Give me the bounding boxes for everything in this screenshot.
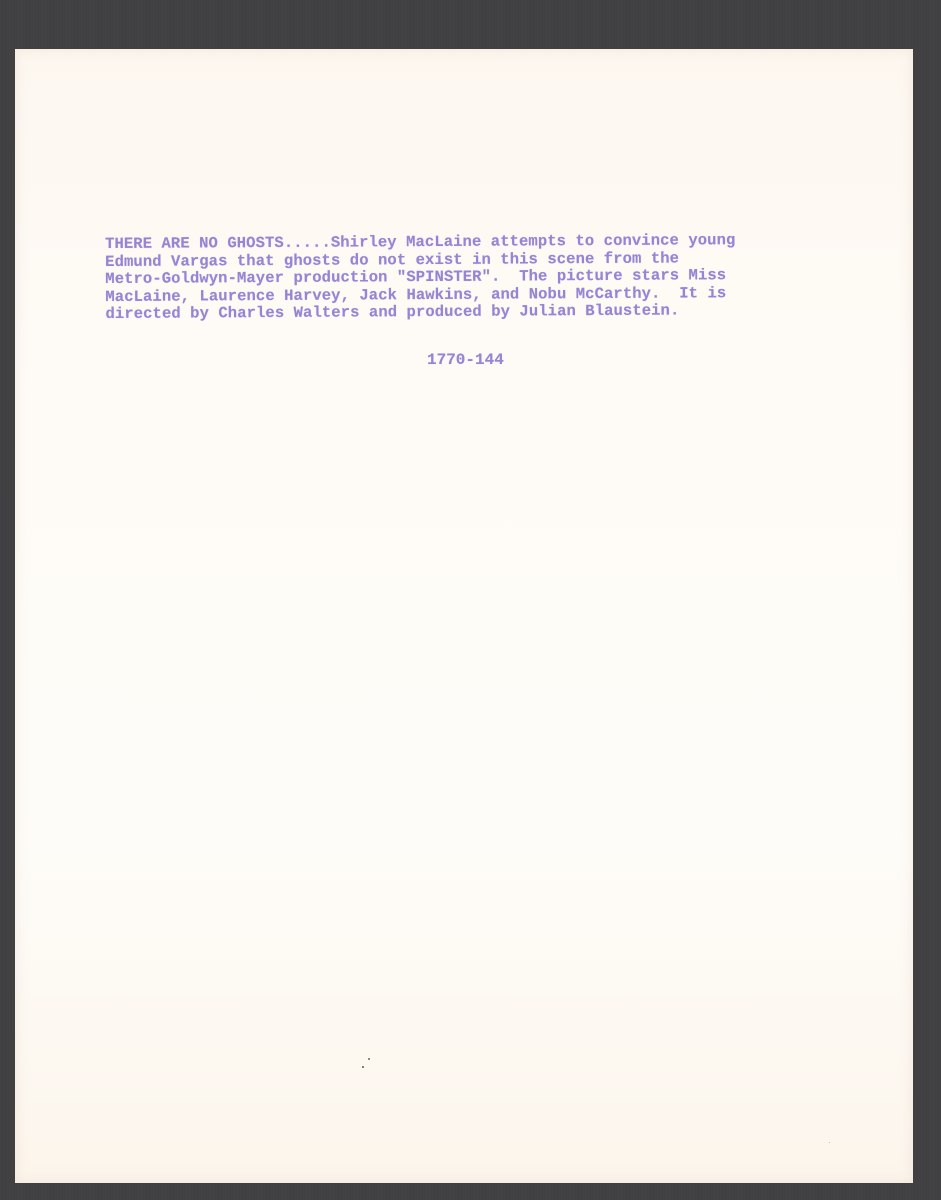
reference-number: 1770-144	[427, 351, 504, 369]
typewritten-caption: THERE ARE NO GHOSTS.....Shirley MacLaine…	[105, 231, 856, 324]
paper-speck	[829, 1142, 830, 1143]
paper-sheet	[15, 49, 913, 1183]
paper-speck	[368, 1058, 370, 1060]
paper-speck	[362, 1066, 364, 1068]
